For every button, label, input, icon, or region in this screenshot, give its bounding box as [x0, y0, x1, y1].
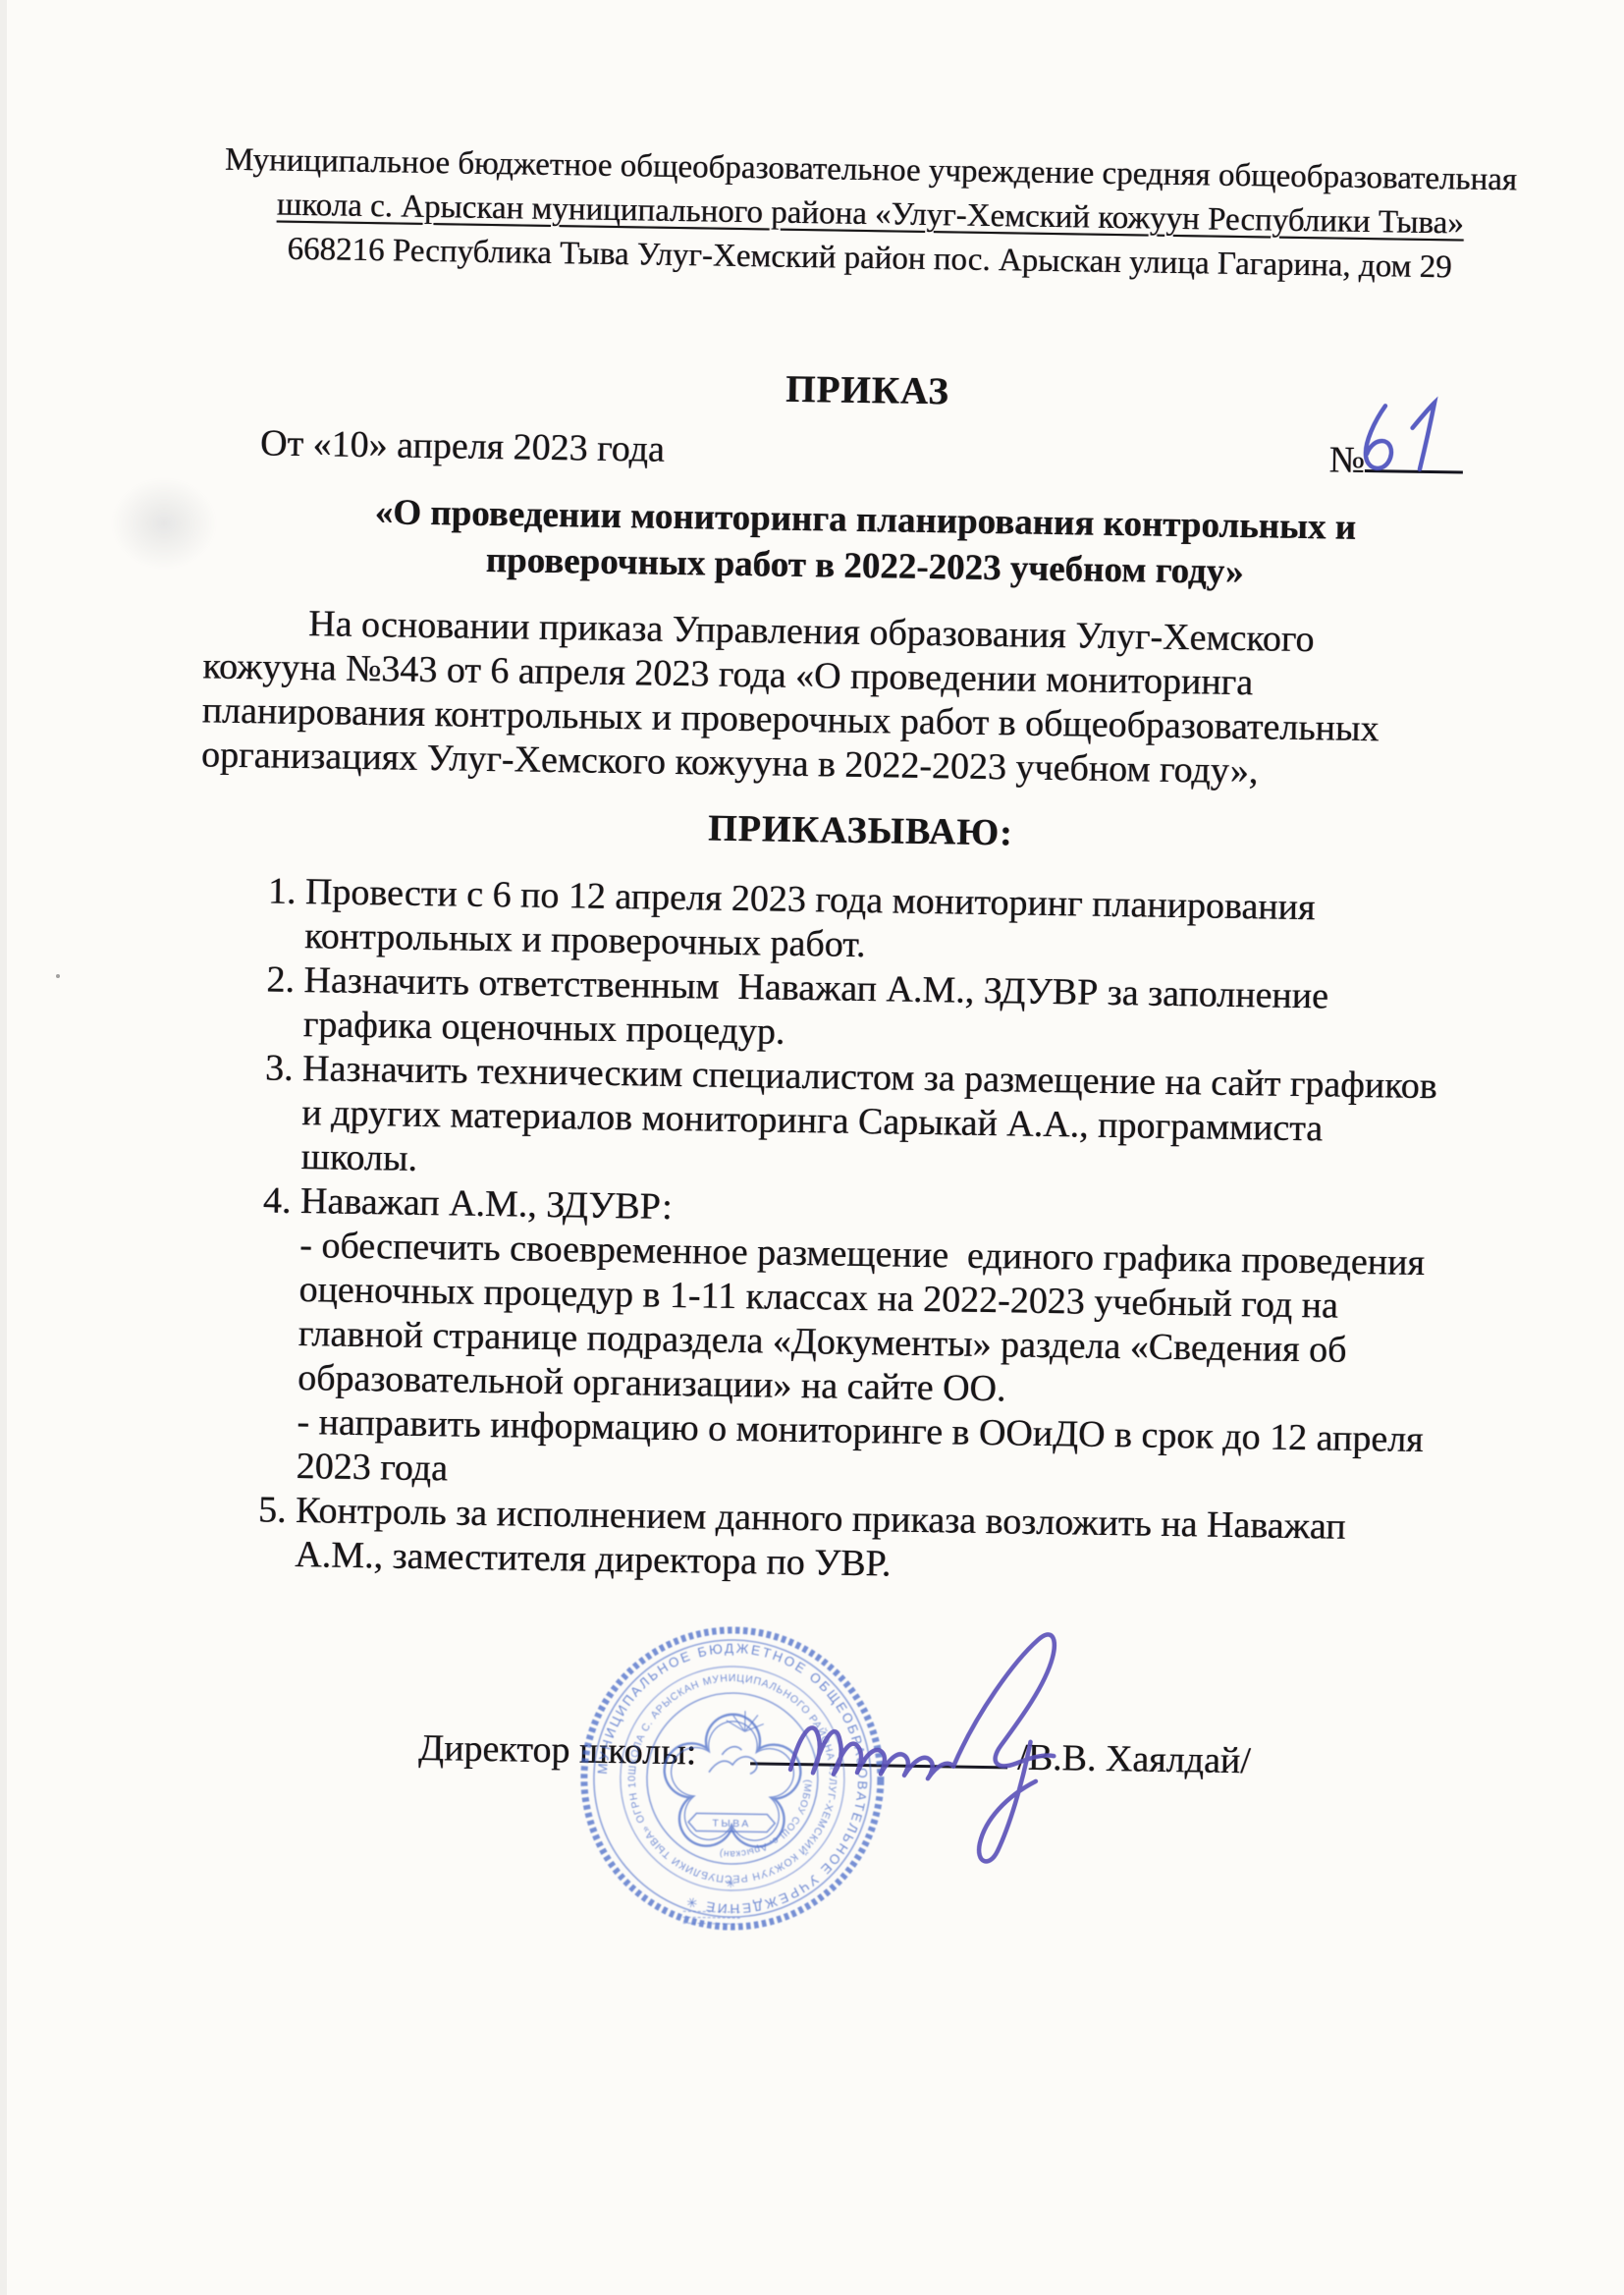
order-date: От «10» апреля 2023 года	[260, 421, 665, 471]
order-item-4: 4. Наважап А.М., ЗДУВР: - обеспечить сво…	[189, 1177, 1515, 1507]
stamp-star: ✳	[726, 1877, 735, 1890]
item-number: 2.	[266, 957, 295, 1002]
scanner-edge-shadow	[0, 0, 7, 2295]
scanned-order-page: Муниципальное бюджетное общеобразователь…	[0, 0, 1624, 2295]
order-items-list: 1. Провести с 6 по 12 апреля 2023 года м…	[189, 868, 1520, 1596]
signature-ink	[771, 1612, 1167, 1893]
handwritten-number-ink	[1346, 392, 1466, 492]
resolution-word: ПРИКАЗЫВАЮ:	[200, 796, 1522, 864]
signature-block: МУНИЦИПАЛЬНОЕ БЮДЖЕТНОЕ ОБЩЕОБРАЗОВАТЕЛЬ…	[186, 1722, 1507, 1812]
letterhead: Муниципальное бюджетное общеобразователь…	[209, 137, 1532, 291]
order-number: №	[1328, 438, 1463, 484]
document-content: Муниципальное бюджетное общеобразователь…	[186, 137, 1532, 1812]
scan-dot-artifact	[56, 974, 60, 978]
order-subject: «О проведении мониторинга планирования к…	[204, 486, 1526, 599]
item-number: 1.	[268, 870, 297, 914]
stamp-banner: ТЫВА	[688, 1813, 775, 1831]
preamble: На основании приказа Управления образова…	[201, 600, 1525, 797]
order-item-3: 3. Назначить техническим специалистом за…	[194, 1045, 1517, 1198]
item-number: 4.	[263, 1178, 292, 1223]
item-number: 5.	[258, 1488, 287, 1532]
stamp-banner-text: ТЫВА	[712, 1818, 751, 1831]
item-number: 3.	[265, 1046, 294, 1090]
